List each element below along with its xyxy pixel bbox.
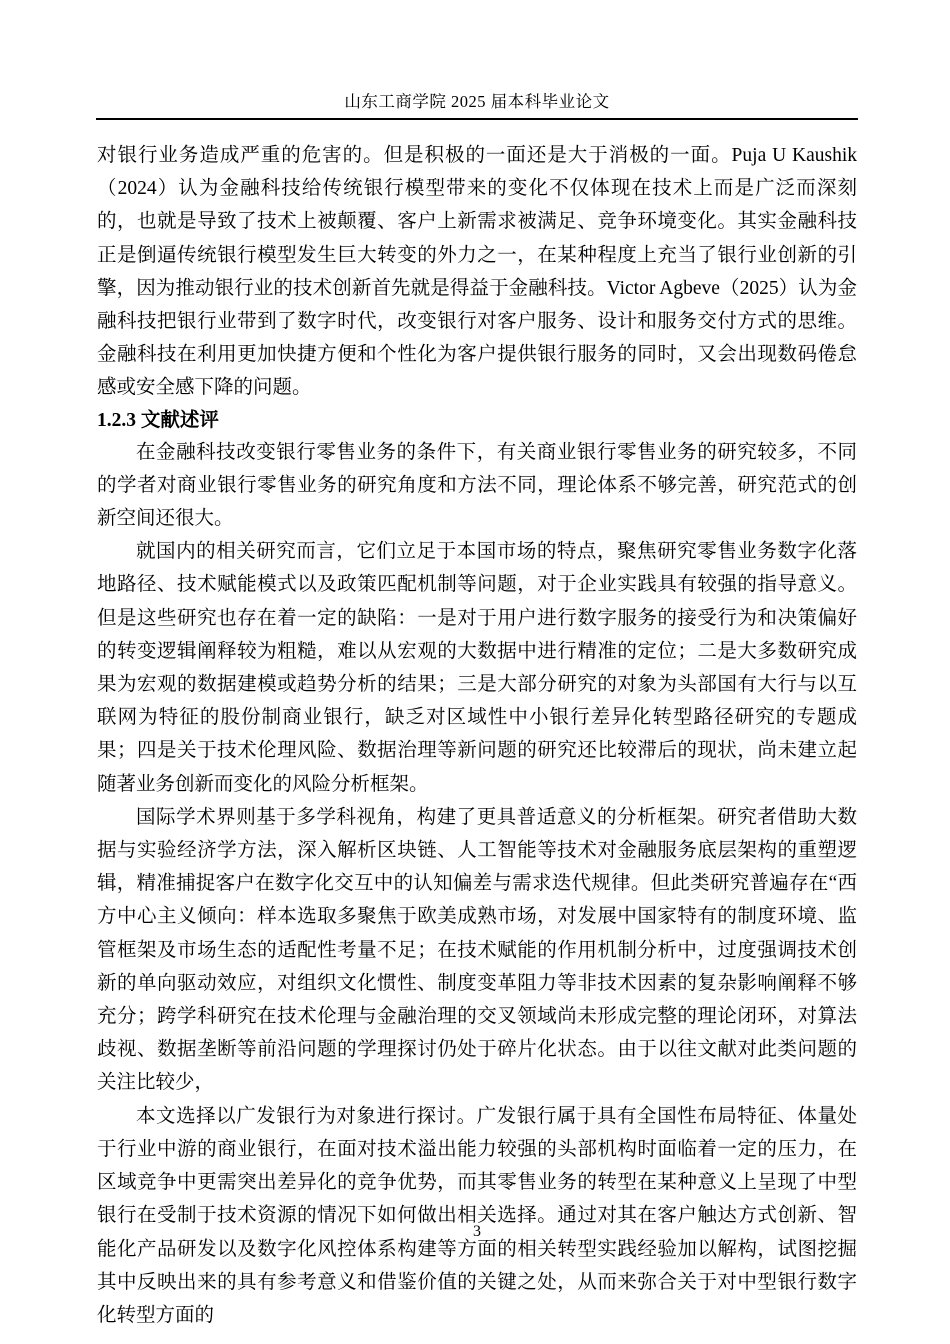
page-body: 对银行业务造成严重的危害的。但是积极的一面还是大于消极的一面。Puja U Ka… <box>97 139 857 1332</box>
paragraph-literature-overview: 在金融科技改变银行零售业务的条件下，有关商业银行零售业务的研究较多，不同的学者对… <box>97 436 857 536</box>
page-number: 3 <box>473 1223 481 1240</box>
page-footer: 3 <box>97 1222 857 1242</box>
page-header: 山东工商学院 2025 届本科毕业论文 <box>96 93 858 120</box>
section-heading-1-2-3: 1.2.3 文献述评 <box>97 405 857 436</box>
paragraph-continuation: 对银行业务造成严重的危害的。但是积极的一面还是大于消极的一面。Puja U Ka… <box>97 139 857 405</box>
thesis-page: 山东工商学院 2025 届本科毕业论文 对银行业务造成严重的危害的。但是积极的一… <box>0 0 950 1344</box>
paragraph-research-subject: 本文选择以广发银行为对象进行探讨。广发银行属于具有全国性布局特征、体量处于行业中… <box>97 1100 857 1332</box>
paragraph-domestic-research: 就国内的相关研究而言，它们立足于本国市场的特点，聚焦研究零售业务数字化落地路径、… <box>97 535 857 801</box>
running-head-title: 山东工商学院 2025 届本科毕业论文 <box>96 93 858 111</box>
paragraph-international-research: 国际学术界则基于多学科视角，构建了更具普适意义的分析框架。研究者借助大数据与实验… <box>97 801 857 1100</box>
